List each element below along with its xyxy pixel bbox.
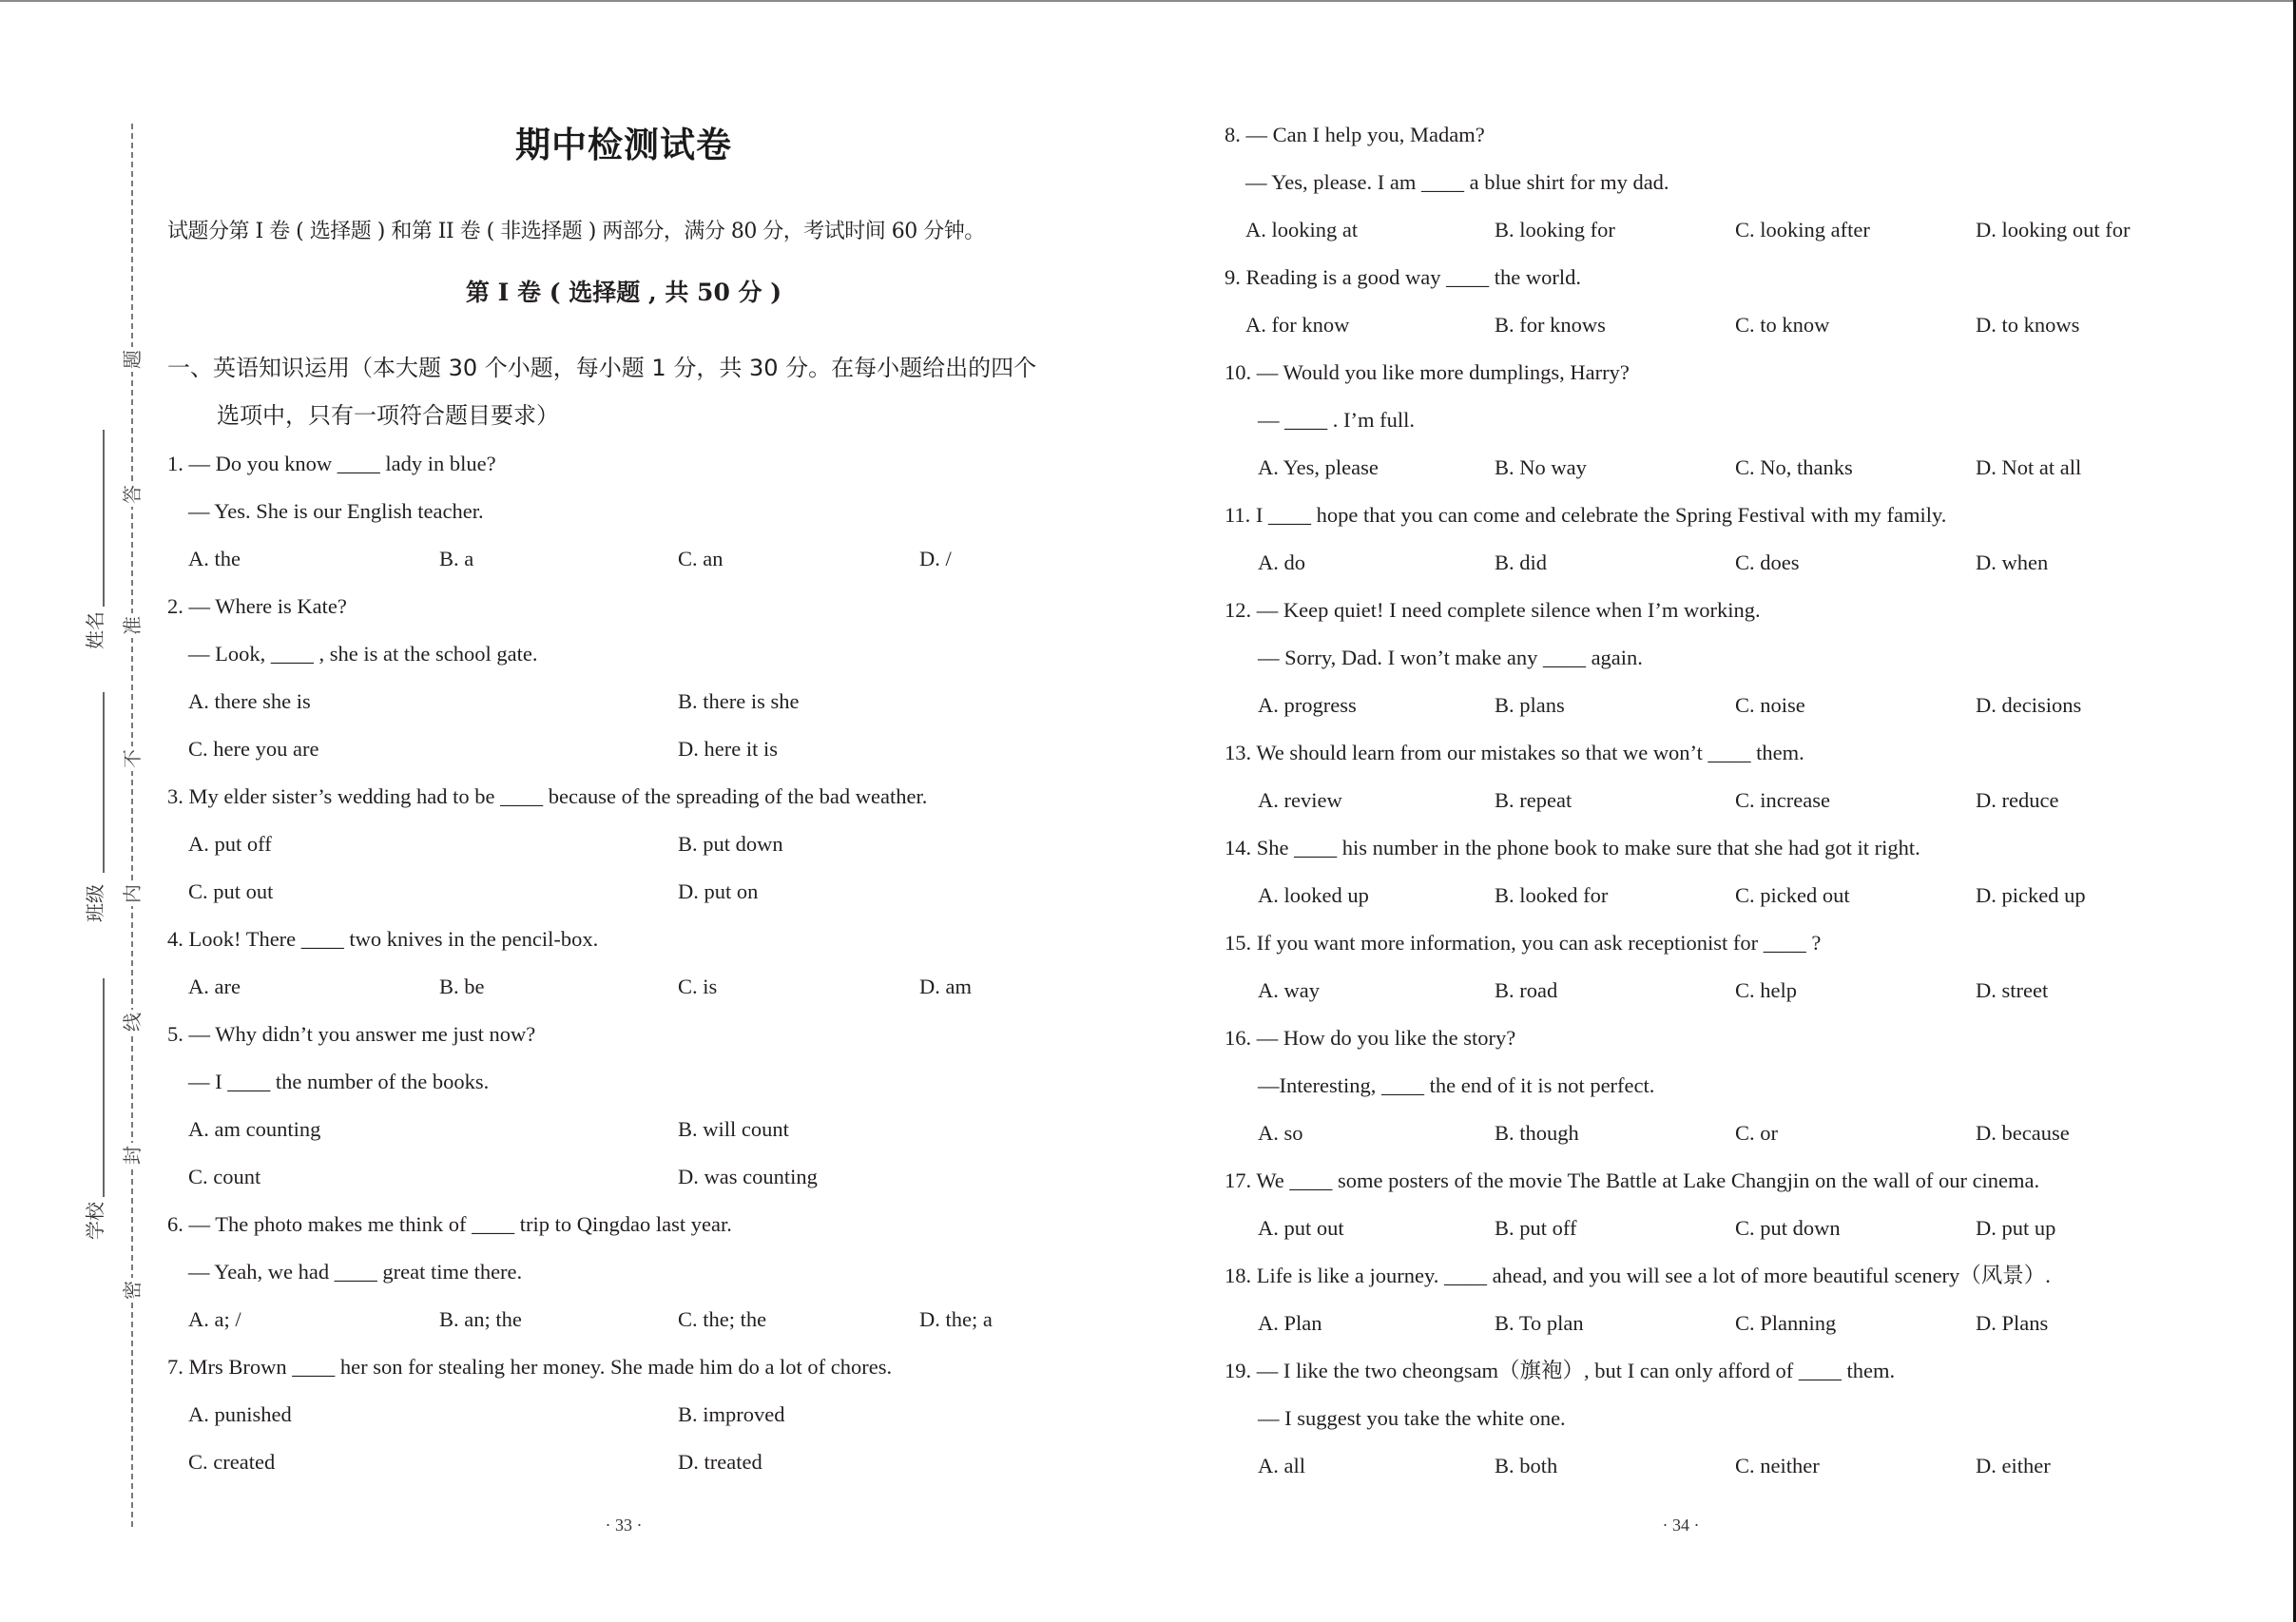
option-d[interactable]: D. / [919,545,952,573]
option-c[interactable]: C. increase [1735,786,1830,815]
option-c[interactable]: C. does [1735,549,1800,577]
question-reply: — ____ . I’m full. [1258,406,1415,434]
option-c[interactable]: C. noise [1735,691,1805,720]
option-d[interactable]: D. picked up [1976,881,2086,910]
question-stem: 11. I ____ hope that you can come and ce… [1225,501,1946,530]
option-d[interactable]: D. either [1976,1452,2051,1480]
question-reply: — Sorry, Dad. I won’t make any ____ agai… [1258,644,1643,672]
question-stem: 15. If you want more information, you ca… [1225,929,1821,957]
option-a[interactable]: A. put off [188,830,272,859]
question-reply: — Yes, please. I am ____ a blue shirt fo… [1245,168,1669,197]
option-b[interactable]: B. for knows [1495,311,1606,339]
option-c[interactable]: C. created [188,1448,275,1477]
option-a[interactable]: A. put out [1258,1214,1344,1243]
option-c[interactable]: C. neither [1735,1452,1820,1480]
option-d[interactable]: D. reduce [1976,786,2058,815]
option-c[interactable]: C. or [1735,1119,1778,1148]
class-field-label: 班级 [65,884,122,922]
option-b[interactable]: B. be [439,973,485,1001]
question-stem: 16. — How do you like the story? [1225,1024,1515,1052]
option-c[interactable]: C. is [678,973,717,1001]
option-a[interactable]: A. Yes, please [1258,454,1379,482]
name-field-label: 姓名 [65,611,122,649]
option-a[interactable]: A. are [188,973,241,1001]
option-b[interactable]: B. put down [678,830,783,859]
option-a[interactable]: A. review [1258,786,1342,815]
option-d[interactable]: D. Not at all [1976,454,2081,482]
option-b[interactable]: B. looking for [1495,216,1615,244]
option-d[interactable]: D. because [1976,1119,2070,1148]
question-stem: 1. — Do you know ____ lady in blue? [167,450,496,478]
option-b[interactable]: B. did [1495,549,1547,577]
option-c[interactable]: C. help [1735,976,1797,1005]
seal-char: 准 [120,613,145,638]
question-reply: — I ____ the number of the books. [188,1068,489,1096]
option-a[interactable]: A. looked up [1258,881,1369,910]
option-b[interactable]: B. both [1495,1452,1557,1480]
question-reply: — Yes. She is our English teacher. [188,497,484,526]
option-c[interactable]: C. the; the [678,1305,766,1334]
section-heading-line1: 一、英语知识运用（本大题 30 个小题，每小题 1 分，共 30 分。在每小题给… [167,355,1036,381]
option-b[interactable]: B. put off [1495,1214,1576,1243]
option-a[interactable]: A. all [1258,1452,1305,1480]
question-stem: 4. Look! There ____ two knives in the pe… [167,925,598,954]
question-reply: — I suggest you take the white one. [1258,1404,1566,1433]
seal-char: 题 [120,347,145,372]
option-a[interactable]: A. progress [1258,691,1357,720]
option-d[interactable]: D. here it is [678,735,778,763]
question-stem: 13. We should learn from our mistakes so… [1225,739,1804,767]
option-d[interactable]: D. decisions [1976,691,2081,720]
option-a[interactable]: A. for know [1245,311,1349,339]
question-stem: 14. She ____ his number in the phone boo… [1225,834,1920,862]
option-a[interactable]: A. do [1258,549,1305,577]
option-b[interactable]: B. improved [678,1400,785,1429]
option-b[interactable]: B. an; the [439,1305,522,1334]
question-stem: 10. — Would you like more dumplings, Har… [1225,358,1630,387]
option-d[interactable]: D. am [919,973,972,1001]
seal-char: 线 [120,1010,145,1034]
option-b[interactable]: B. though [1495,1119,1579,1148]
question-reply: — Look, ____ , she is at the school gate… [188,640,537,668]
option-b[interactable]: B. looked for [1495,881,1608,910]
question-stem: 18. Life is like a journey. ____ ahead, … [1225,1262,2051,1290]
option-a[interactable]: A. looking at [1245,216,1358,244]
question-stem: 19. — I like the two cheongsam（旗袍）, but … [1225,1357,1895,1385]
option-b[interactable]: B. plans [1495,691,1565,720]
section-heading: 一、英语知识运用（本大题 30 个小题，每小题 1 分，共 30 分。在每小题给… [167,344,1128,439]
seal-dashed-line [131,124,133,1527]
class-field-line[interactable] [103,692,105,873]
option-d[interactable]: D. treated [678,1448,762,1477]
option-a[interactable]: A. there she is [188,687,311,716]
option-d[interactable]: D. street [1976,976,2048,1005]
option-c[interactable]: C. picked out [1735,881,1850,910]
option-d[interactable]: D. the; a [919,1305,993,1334]
question-reply: — Yeah, we had ____ great time there. [188,1258,522,1286]
question-stem: 6. — The photo makes me think of ____ tr… [167,1210,732,1239]
option-b[interactable]: B. road [1495,976,1557,1005]
question-stem: 7. Mrs Brown ____ her son for stealing h… [167,1353,892,1381]
option-a[interactable]: A. punished [188,1400,292,1429]
option-c[interactable]: C. Planning [1735,1309,1836,1338]
seal-char: 不 [120,746,145,771]
option-d[interactable]: D. was counting [678,1163,818,1191]
question-stem: 8. — Can I help you, Madam? [1225,121,1485,149]
option-c[interactable]: C. looking after [1735,216,1870,244]
option-d[interactable]: D. when [1976,549,2048,577]
option-d[interactable]: D. to knows [1976,311,2079,339]
question-stem: 5. — Why didn’t you answer me just now? [167,1020,535,1049]
section-heading-line2: 选项中，只有一项符合题目要求） [167,392,1128,439]
option-d[interactable]: D. looking out for [1976,216,2131,244]
school-field-line[interactable] [103,978,105,1197]
question-stem: 12. — Keep quiet! I need complete silenc… [1225,596,1761,625]
seal-char: 密 [120,1278,145,1303]
option-a[interactable]: A. Plan [1258,1309,1322,1338]
option-b[interactable]: B. will count [678,1115,789,1144]
option-b[interactable]: B. repeat [1495,786,1572,815]
option-a[interactable]: A. a; / [188,1305,241,1334]
page-number: · 33 · [167,1516,1080,1535]
option-c[interactable]: C. put down [1735,1214,1841,1243]
option-d[interactable]: D. put up [1976,1214,2055,1243]
top-border [0,0,2296,2]
exam-intro: 试题分第 I 卷 ( 选择题 ) 和第 II 卷 ( 非选择题 ) 两部分，满分… [167,215,985,244]
option-c[interactable]: C. No, thanks [1735,454,1853,482]
option-b[interactable]: B. No way [1495,454,1587,482]
option-c[interactable]: C. here you are [188,735,318,763]
option-c[interactable]: C. an [678,545,724,573]
option-a[interactable]: A. am counting [188,1115,320,1144]
option-d[interactable]: D. Plans [1976,1309,2048,1338]
seal-char: 答 [120,482,145,507]
option-a[interactable]: A. so [1258,1119,1303,1148]
question-stem: 3. My elder sister’s wedding had to be _… [167,782,927,811]
question-stem: 2. — Where is Kate? [167,592,347,621]
option-a[interactable]: A. way [1258,976,1320,1005]
option-a[interactable]: A. the [188,545,241,573]
page-number: · 34 · [1225,1516,2137,1535]
question-stem: 17. We ____ some posters of the movie Th… [1225,1167,2039,1195]
option-c[interactable]: C. put out [188,878,273,906]
question-stem: 9. Reading is a good way ____ the world. [1225,263,1581,292]
option-b[interactable]: B. To plan [1495,1309,1584,1338]
seal-char: 封 [120,1143,145,1168]
option-c[interactable]: C. to know [1735,311,1829,339]
option-b[interactable]: B. a [439,545,473,573]
question-reply: —Interesting, ____ the end of it is not … [1258,1072,1654,1100]
option-c[interactable]: C. count [188,1163,260,1191]
name-field-line[interactable] [103,430,105,607]
option-b[interactable]: B. there is she [678,687,799,716]
option-d[interactable]: D. put on [678,878,758,906]
school-field-label: 学校 [65,1202,122,1240]
page-title: 期中检测试卷 [167,116,1080,167]
seal-char: 内 [120,881,145,906]
volume-title: 第 I 卷 ( 选择题 , 共 50 分 ) [167,274,1080,308]
